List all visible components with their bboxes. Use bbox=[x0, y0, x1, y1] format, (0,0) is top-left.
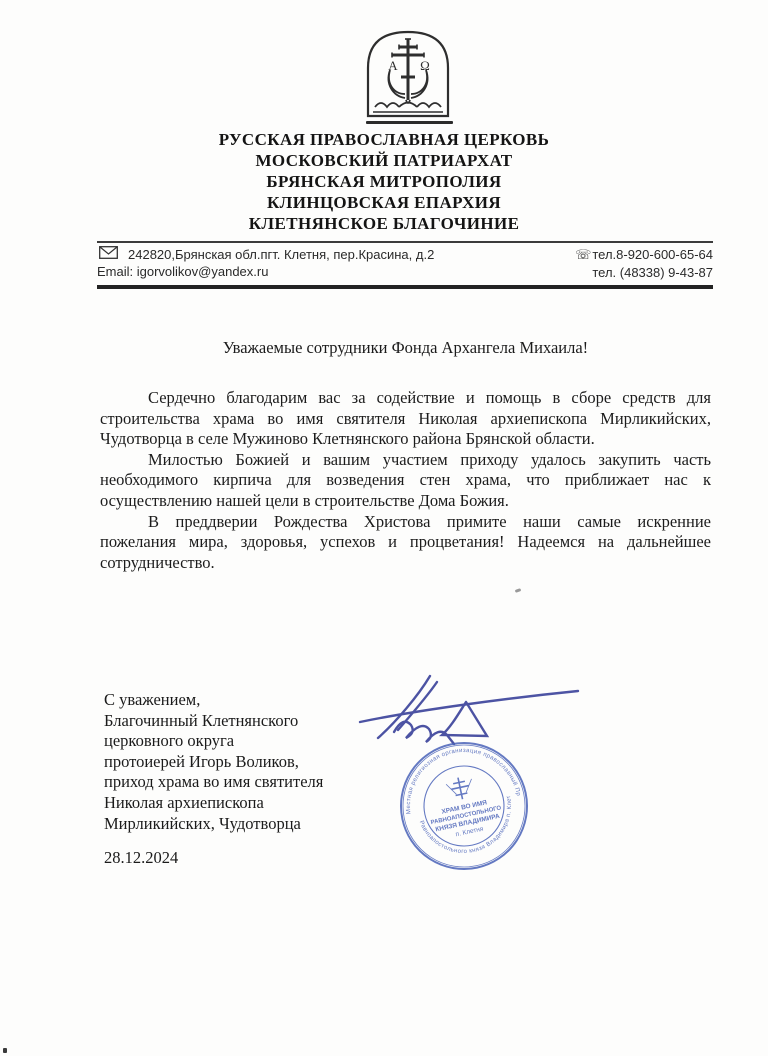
org-line-church: РУССКАЯ ПРАВОСЛАВНАЯ ЦЕРКОВЬ bbox=[0, 129, 768, 150]
signature-line-parish-3: Мирликийских, Чудотворца bbox=[104, 814, 323, 835]
email-value: igorvolikov@yandex.ru bbox=[137, 264, 269, 279]
scan-speck bbox=[3, 1048, 7, 1053]
paragraph-2-line-2: необходимого кирпича для возведения стен… bbox=[100, 470, 711, 491]
org-line-metropolia: БРЯНСКАЯ МИТРОПОЛИЯ bbox=[0, 171, 768, 192]
scanned-letter-page: Α Ω РУССКАЯ ПРАВОСЛАВНАЯ ЦЕРКОВЬ МОСКОВС… bbox=[0, 0, 768, 1056]
paragraph-2-line-1: Милостью Божией и вашим участием приходу… bbox=[100, 450, 711, 471]
signature-line-regards: С уважением, bbox=[104, 690, 323, 711]
paragraph-2-line-3: осуществлению нашей цели в строительстве… bbox=[100, 491, 711, 512]
contact-right: ☏тел.8-920-600-65-64 тел. (48338) 9-43-8… bbox=[575, 246, 713, 281]
phone-icon: ☏ bbox=[575, 248, 591, 263]
alpha-letter: Α bbox=[388, 58, 398, 73]
email-line: Email: igorvolikov@yandex.ru bbox=[97, 263, 434, 280]
letter-body: Уважаемые сотрудники Фонда Архангела Мих… bbox=[100, 337, 711, 573]
signature-block: С уважением, Благочинный Клетнянского це… bbox=[104, 690, 323, 869]
letterhead-org-block: РУССКАЯ ПРАВОСЛАВНАЯ ЦЕРКОВЬ МОСКОВСКИЙ … bbox=[0, 129, 768, 234]
parish-stamp: Местная религиозная организация правосла… bbox=[382, 724, 546, 888]
org-line-eparchy: КЛИНЦОВСКАЯ ЕПАРХИЯ bbox=[0, 192, 768, 213]
signature-line-title-1: Благочинный Клетнянского bbox=[104, 711, 323, 732]
contact-strip: 242820,Брянская обл.пгт. Клетня, пер.Кра… bbox=[97, 241, 713, 289]
org-line-deanery: КЛЕТНЯНСКОЕ БЛАГОЧИНИЕ bbox=[0, 213, 768, 234]
paragraph-1-line-1: Сердечно благодарим вас за содействие и … bbox=[100, 388, 711, 409]
phone-number-2: тел. (48338) 9-43-87 bbox=[575, 264, 713, 281]
paragraph-3-line-2: пожелания мира, здоровья, успехов и проц… bbox=[100, 532, 711, 553]
contact-left: 242820,Брянская обл.пгт. Клетня, пер.Кра… bbox=[97, 246, 434, 280]
paragraph-1-line-2: строительства храма во имя святителя Ник… bbox=[100, 409, 711, 430]
omega-letter: Ω bbox=[420, 58, 430, 73]
scan-speck-2 bbox=[515, 588, 522, 593]
envelope-icon bbox=[99, 246, 118, 263]
church-emblem-graphic: Α Ω bbox=[365, 26, 451, 119]
stamp-cross-icon bbox=[445, 775, 475, 802]
signature-line-title-2: церковного округа bbox=[104, 731, 323, 752]
paragraph-3-line-1: В преддверии Рождества Христова примите … bbox=[100, 512, 711, 533]
signature-line-parish-2: Николая архиепископа bbox=[104, 793, 323, 814]
paragraph-1-line-3: Чудотворца в селе Мужиново Клетнянского … bbox=[100, 429, 711, 450]
salutation: Уважаемые сотрудники Фонда Архангела Мих… bbox=[100, 337, 711, 358]
signature-line-name: протоиерей Игорь Воликов, bbox=[104, 752, 323, 773]
org-line-patriarchate: МОСКОВСКИЙ ПАТРИАРХАТ bbox=[0, 150, 768, 171]
emblem-underline bbox=[366, 121, 453, 124]
paragraph-3-line-3: сотрудничество. bbox=[100, 553, 711, 574]
church-emblem: Α Ω bbox=[365, 26, 451, 119]
phone-number-1: тел.8-920-600-65-64 bbox=[592, 247, 713, 262]
signature-line-parish-1: приход храма во имя святителя bbox=[104, 772, 323, 793]
email-label: Email: bbox=[97, 264, 133, 279]
postal-address: 242820,Брянская обл.пгт. Клетня, пер.Кра… bbox=[128, 246, 434, 263]
letter-date: 28.12.2024 bbox=[104, 848, 323, 869]
